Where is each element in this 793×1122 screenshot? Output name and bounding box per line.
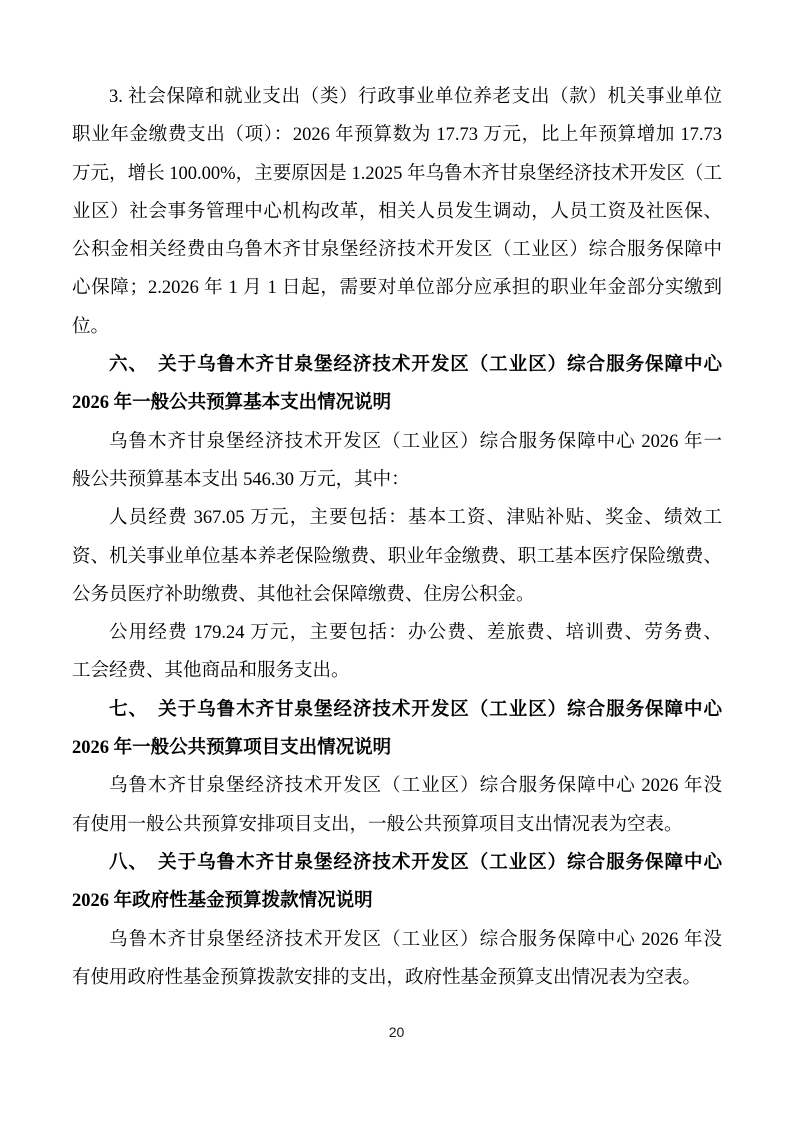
text-line: 资、机关事业单位基本养老保险缴费、职业年金缴费、职工基本医疗保险缴费、 — [72, 538, 722, 576]
text-line: 3. 社会保障和就业支出（类）行政事业单位养老支出（款）机关事业单位 — [72, 78, 722, 116]
heading-line: 八、 关于乌鲁木齐甘泉堡经济技术开发区（工业区）综合服务保障中心 — [72, 844, 722, 882]
text-line: 乌鲁木齐甘泉堡经济技术开发区（工业区）综合服务保障中心 2026 年没 — [72, 767, 722, 805]
text-line: 业区）社会事务管理中心机构改革，相关人员发生调动，人员工资及社医保、 — [72, 193, 722, 231]
text-line: 有使用政府性基金预算拨款安排的支出，政府性基金预算支出情况表为空表。 — [72, 959, 722, 997]
heading-line: 七、 关于乌鲁木齐甘泉堡经济技术开发区（工业区）综合服务保障中心 — [72, 691, 722, 729]
text-line: 公用经费 179.24 万元，主要包括：办公费、差旅费、培训费、劳务费、 — [72, 614, 722, 652]
heading-line: 六、 关于乌鲁木齐甘泉堡经济技术开发区（工业区）综合服务保障中心 — [72, 346, 722, 384]
text-line: 般公共预算基本支出 546.30 万元，其中： — [72, 461, 722, 499]
heading-line: 2026 年一般公共预算项目支出情况说明 — [72, 729, 722, 767]
text-line: 乌鲁木齐甘泉堡经济技术开发区（工业区）综合服务保障中心 2026 年一 — [72, 423, 722, 461]
text-line: 公积金相关经费由乌鲁木齐甘泉堡经济技术开发区（工业区）综合服务保障中 — [72, 231, 722, 269]
text-line: 位。 — [72, 308, 722, 346]
text-line: 职业年金缴费支出（项）：2026 年预算数为 17.73 万元，比上年预算增加 … — [72, 116, 722, 154]
text-line: 心保障；2.2026 年 1 月 1 日起，需要对单位部分应承担的职业年金部分实… — [72, 269, 722, 307]
text-line: 公务员医疗补助缴费、其他社会保障缴费、住房公积金。 — [72, 576, 722, 614]
text-line: 工会经费、其他商品和服务支出。 — [72, 652, 722, 690]
text-line: 万元，增长 100.00%，主要原因是 1.2025 年乌鲁木齐甘泉堡经济技术开… — [72, 155, 722, 193]
text-line: 有使用一般公共预算安排项目支出，一般公共预算项目支出情况表为空表。 — [72, 806, 722, 844]
text-line: 乌鲁木齐甘泉堡经济技术开发区（工业区）综合服务保障中心 2026 年没 — [72, 921, 722, 959]
text-line: 人员经费 367.05 万元，主要包括：基本工资、津贴补贴、奖金、绩效工 — [72, 499, 722, 537]
document-body: 3. 社会保障和就业支出（类）行政事业单位养老支出（款）机关事业单位职业年金缴费… — [72, 78, 722, 997]
heading-line: 2026 年一般公共预算基本支出情况说明 — [72, 384, 722, 422]
heading-line: 2026 年政府性基金预算拨款情况说明 — [72, 882, 722, 920]
document-page: 3. 社会保障和就业支出（类）行政事业单位养老支出（款）机关事业单位职业年金缴费… — [0, 0, 793, 1122]
page-number: 20 — [0, 1022, 793, 1042]
